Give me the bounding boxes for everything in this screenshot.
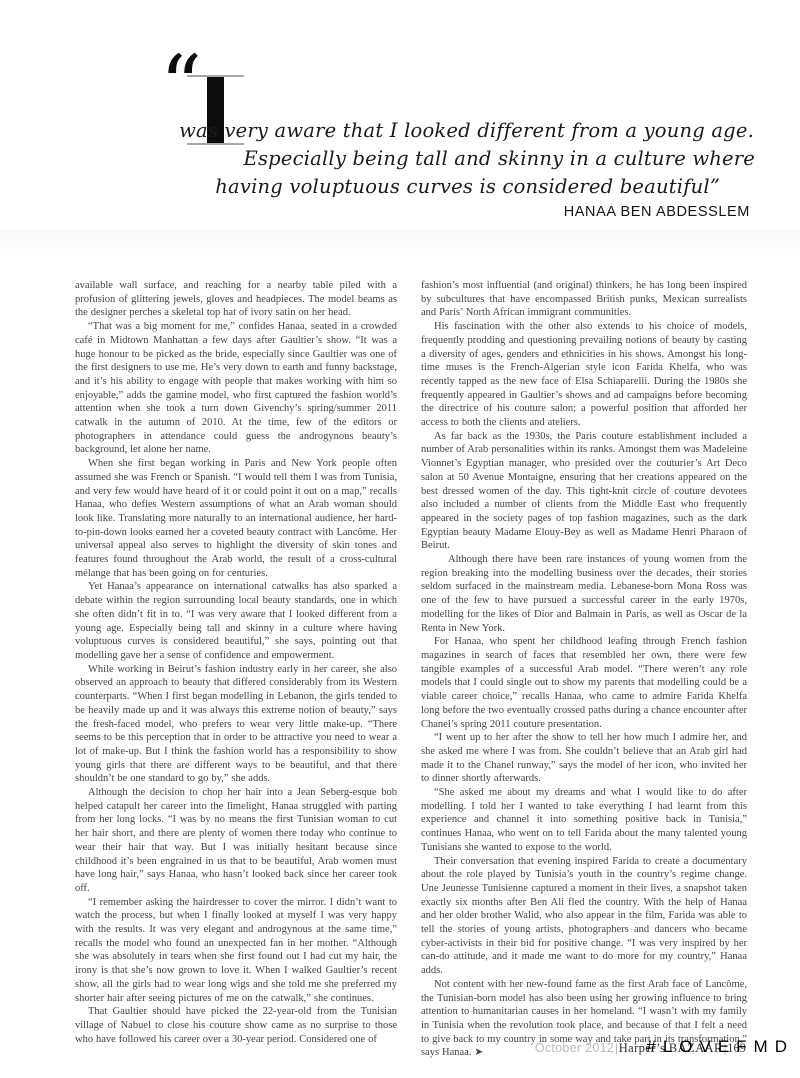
left-column: available wall surface, and reaching for… <box>75 279 397 1060</box>
pull-quote-line-1: was very aware that I looked different f… <box>179 119 754 142</box>
article-paragraph: “I remember asking the hairdresser to co… <box>75 896 397 1006</box>
article-paragraph: Their conversation that evening inspired… <box>421 855 747 978</box>
drop-cap-text: I <box>207 77 208 78</box>
article-paragraph: available wall surface, and reaching for… <box>75 279 397 320</box>
quote-attribution: HANAA BEN ABDESSLEM <box>564 204 750 220</box>
article-paragraph: “That was a big moment for me,” confides… <box>75 320 397 457</box>
right-column: fashion’s most influential (and original… <box>421 279 747 1060</box>
article-paragraph: As far back as the 1930s, the Paris cout… <box>421 430 747 553</box>
article-paragraph: For Hanaa, who spent her childhood leafi… <box>421 635 747 731</box>
pull-quote-line-2: Especially being tall and skinny in a cu… <box>244 147 755 170</box>
magazine-page: “ I was very aware that I looked differe… <box>0 0 800 1078</box>
article-paragraph: Yet Hanaa’s appearance on international … <box>75 580 397 662</box>
article-paragraph: “I went up to her after the show to tell… <box>421 731 747 786</box>
open-quote-mark: “ <box>160 46 202 128</box>
article-paragraph: fashion’s most influential (and original… <box>421 279 747 320</box>
article-paragraph: That Gaultier should have picked the 22-… <box>75 1005 397 1046</box>
pull-quote-line-3: having voluptuous curves is considered b… <box>215 175 720 198</box>
article-body: available wall surface, and reaching for… <box>75 279 747 1060</box>
article-paragraph: Although the decision to chop her hair i… <box>75 786 397 896</box>
watermark-text: #LOVEFMD <box>646 1037 794 1057</box>
article-paragraph: His fascination with the other also exte… <box>421 320 747 430</box>
article-paragraph: When she first began working in Paris an… <box>75 457 397 580</box>
scan-artifact <box>0 230 800 258</box>
issue-date: October 2012 <box>535 1041 614 1055</box>
article-paragraph: “She asked me about my dreams and what I… <box>421 786 747 855</box>
article-paragraph: While working in Beirut’s fashion indust… <box>75 663 397 786</box>
article-paragraph: Although there have been rare instances … <box>421 553 747 635</box>
